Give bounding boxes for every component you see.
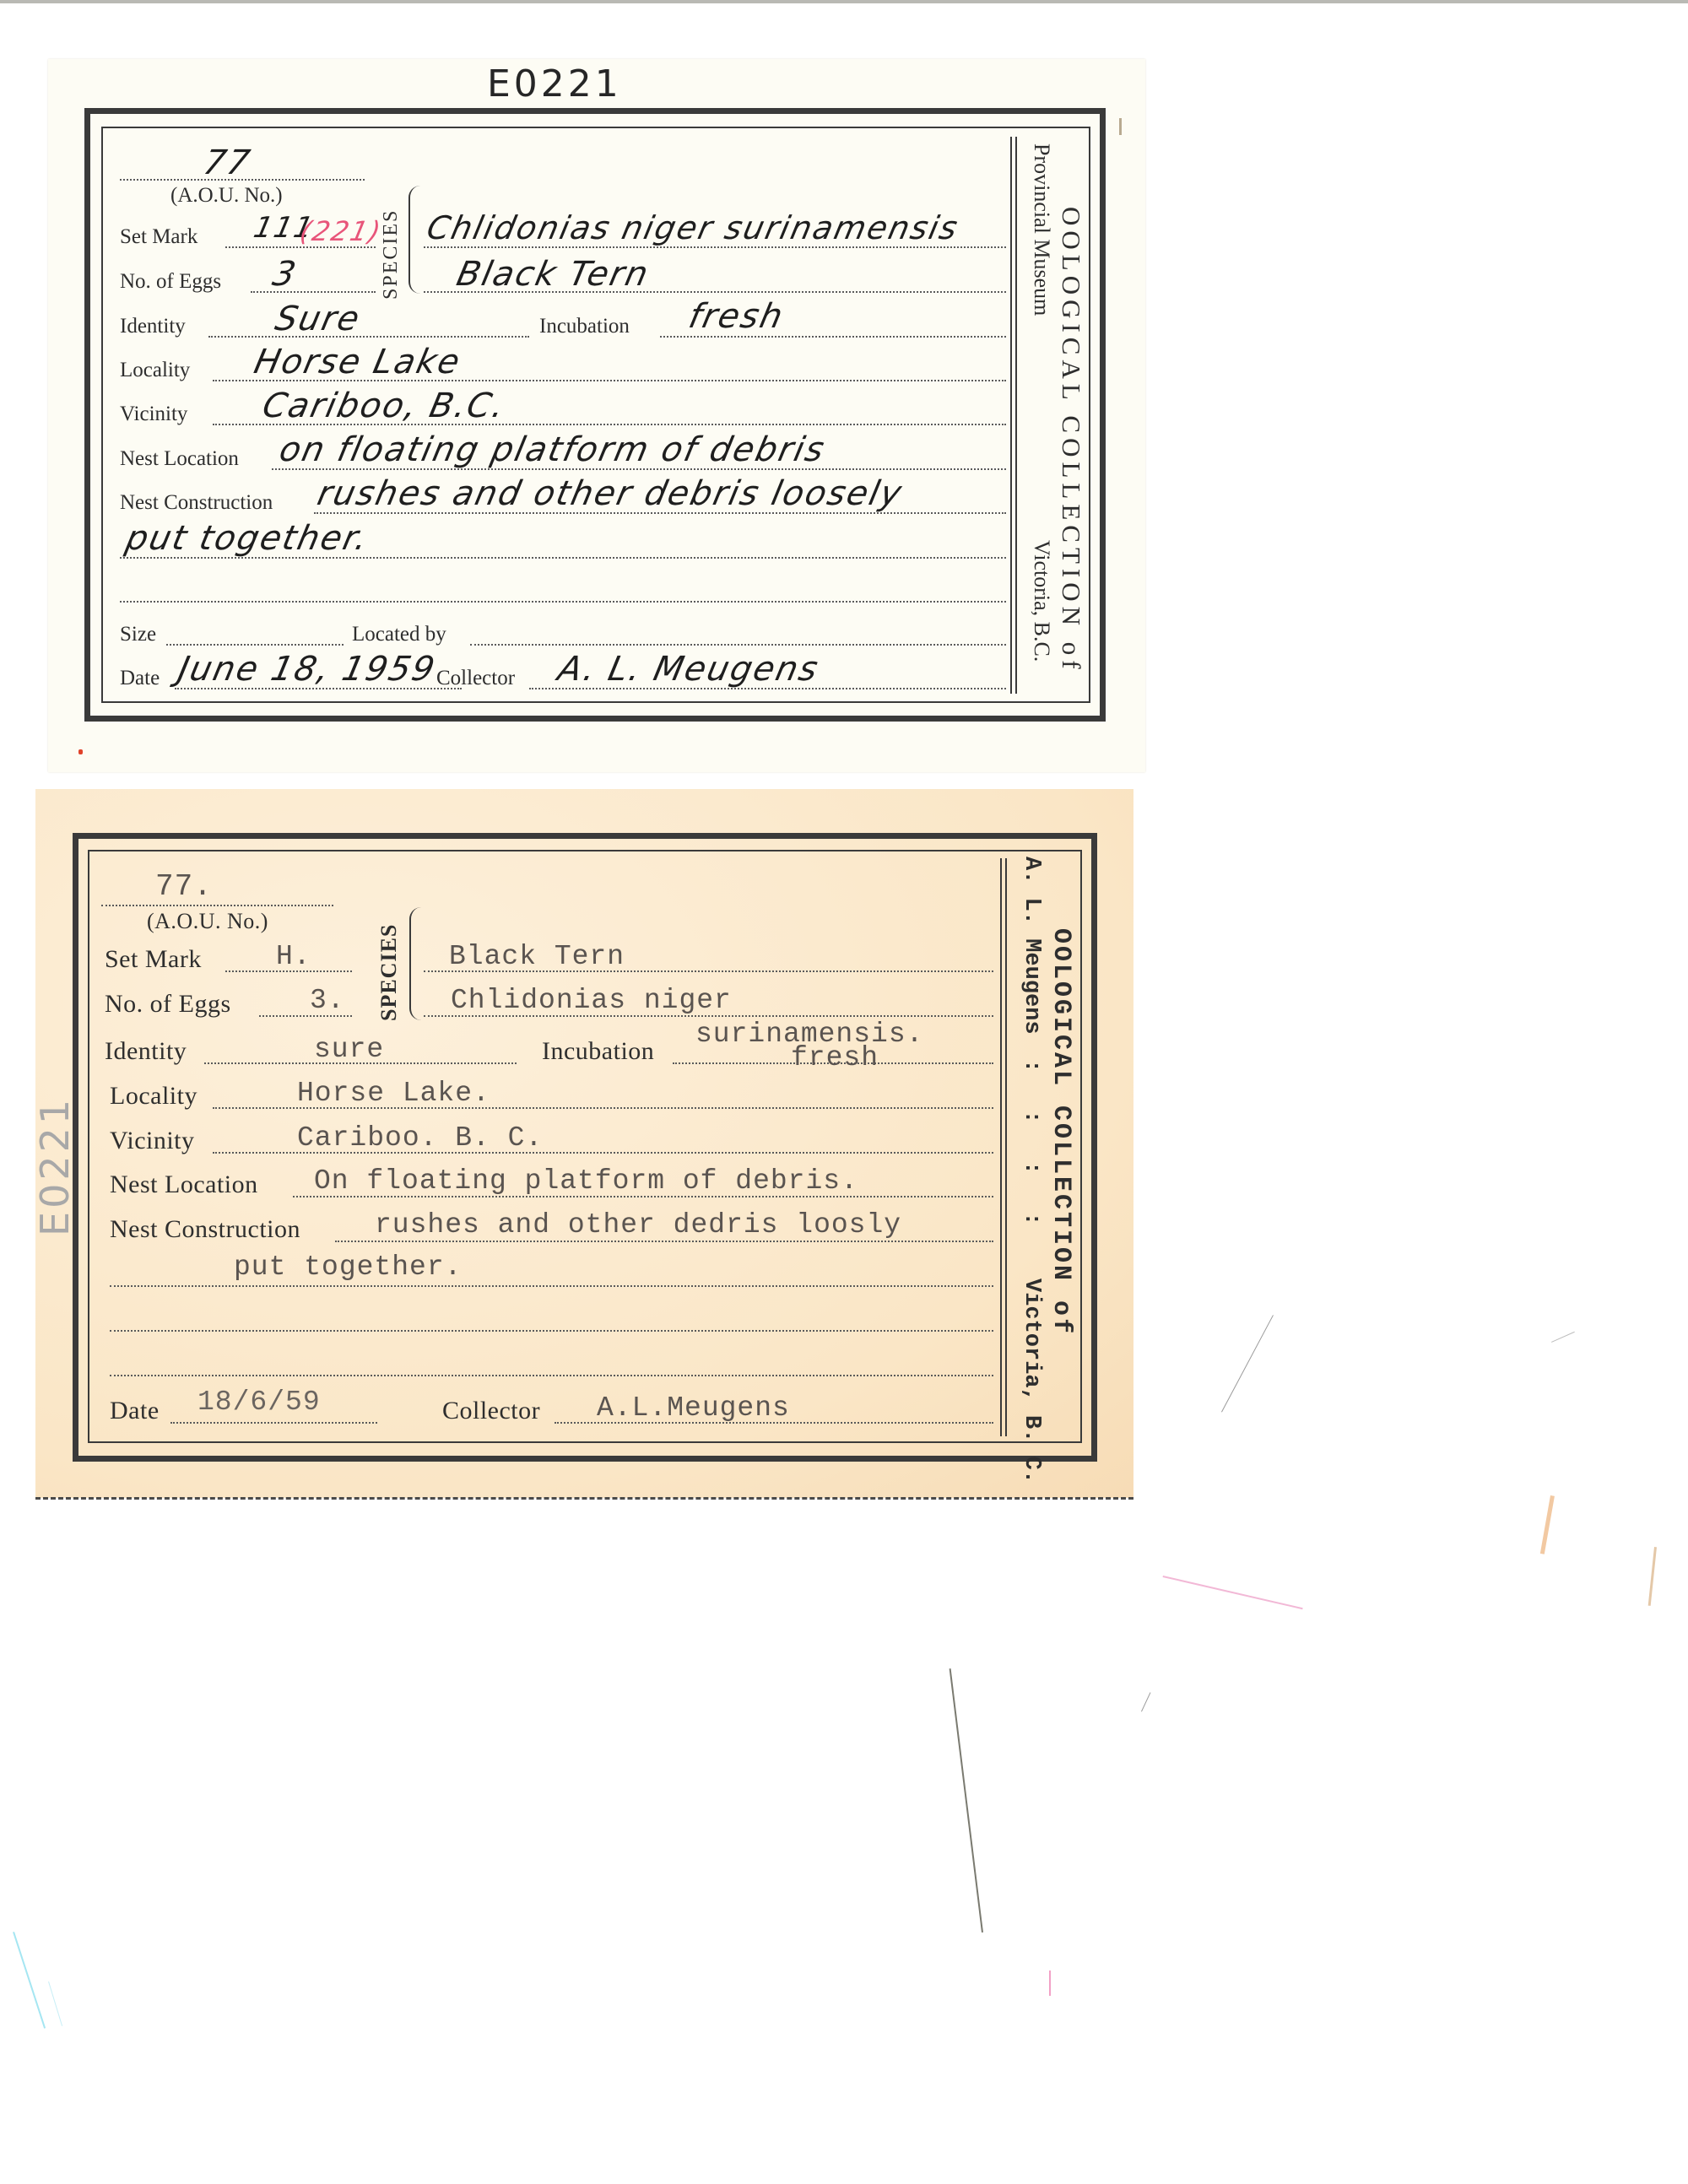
collection-location: Victoria, B. C. <box>1019 1279 1044 1484</box>
nest-location-value: On floating platform of debris. <box>314 1165 858 1197</box>
blank-line <box>120 601 1006 603</box>
collector-value: A. L. Meugens <box>555 650 823 689</box>
collection-separator: : : : : <box>1019 1059 1044 1237</box>
aou-label: (A.O.U. No.) <box>147 909 268 934</box>
locality-value: Horse Lake <box>251 343 465 381</box>
red-speck <box>78 749 83 754</box>
scan-streak <box>1141 1692 1150 1711</box>
collection-institution: Provincial Museum <box>1029 143 1054 316</box>
eggs-value: 3. <box>310 985 345 1016</box>
nest-location-label: Nest Location <box>120 447 239 471</box>
scan-streak <box>1551 1332 1575 1343</box>
set-mark-label: Set Mark <box>120 225 197 249</box>
species-line-1 <box>424 246 1006 248</box>
identity-value: Sure <box>272 300 365 338</box>
species-scientific-value: Chlidonias niger surinamensis <box>424 209 962 246</box>
date-value: June 18, 1959 <box>175 650 440 689</box>
species-common-value: Black Tern <box>453 255 653 294</box>
incubation-label: Incubation <box>539 315 630 338</box>
set-mark-value: H. <box>276 941 311 972</box>
scan-streak-pink <box>1049 1970 1051 1996</box>
blank-line-2 <box>110 1375 993 1376</box>
nest-construction-line <box>335 1241 993 1242</box>
identity-label: Identity <box>120 315 186 338</box>
scan-streak <box>1221 1315 1274 1412</box>
nest-construction-value-2: put together. <box>234 1251 462 1283</box>
scan-streak-pink <box>1163 1576 1303 1609</box>
blank-line-1 <box>110 1330 993 1332</box>
locality-value: Horse Lake. <box>297 1078 490 1109</box>
species-common-value: Black Tern <box>449 941 625 972</box>
located-by-label: Located by <box>352 623 446 646</box>
set-mark-label: Set Mark <box>105 945 202 974</box>
date-value: 18/6/59 <box>197 1387 321 1418</box>
vicinity-label: Vicinity <box>110 1127 195 1155</box>
nest-location-label: Nest Location <box>110 1170 258 1199</box>
nest-construction-value-1: rushes and other debris loosely <box>314 474 906 513</box>
collector-label: Collector <box>442 1397 540 1425</box>
size-line <box>166 644 344 646</box>
vicinity-label: Vicinity <box>120 403 187 426</box>
date-label: Date <box>110 1397 160 1425</box>
aou-number-value: 77. <box>155 869 213 904</box>
specimen-card-museum: E0221 77 (A.O.U. No.) Set Mark 111 (221)… <box>48 59 1145 772</box>
species-scientific-value-1: Chlidonias niger <box>451 985 732 1016</box>
aou-label: (A.O.U. No.) <box>170 184 283 208</box>
column-divider <box>1010 137 1017 694</box>
specimen-card-private: 77. (A.O.U. No.) Set Mark H. No. of Eggs… <box>35 789 1133 1498</box>
identity-line <box>208 336 529 338</box>
nest-construction-value-2: put together. <box>122 519 372 558</box>
locality-label: Locality <box>120 359 190 382</box>
incubation-label: Incubation <box>542 1037 654 1066</box>
column-divider <box>1000 858 1007 1436</box>
species-label: SPECIES <box>380 209 403 300</box>
side-catalog-number: E0221 <box>32 1096 78 1236</box>
eggs-label: No. of Eggs <box>120 270 221 294</box>
scan-streak-long <box>949 1668 983 1933</box>
scan-smudge <box>1648 1547 1657 1606</box>
scan-smudge-orange <box>1540 1495 1555 1554</box>
collection-owner: A. L. Meugens <box>1019 857 1044 1035</box>
incubation-value: fresh <box>685 297 787 336</box>
date-line <box>170 1422 377 1424</box>
set-mark-annotation: (221) <box>297 215 385 247</box>
identity-label: Identity <box>105 1037 187 1066</box>
identity-value: sure <box>314 1034 384 1065</box>
nest-construction-line-2 <box>110 1285 993 1287</box>
aou-number-value: 77 <box>200 143 255 182</box>
scan-speck <box>1119 118 1122 135</box>
nest-construction-value-1: rushes and other dedris loosly <box>375 1209 901 1241</box>
scan-streak-cyan <box>48 1981 62 2026</box>
collector-label: Collector <box>436 667 515 690</box>
nest-construction-label: Nest Construction <box>120 491 273 515</box>
collection-title: OOLOGICAL COLLECTION of <box>1056 207 1086 674</box>
locality-label: Locality <box>110 1082 197 1111</box>
species-label: SPECIES <box>376 924 402 1021</box>
vicinity-value: Cariboo. B. C. <box>297 1122 543 1154</box>
scan-edge-strip <box>0 0 1688 3</box>
located-by-line <box>470 644 1006 646</box>
aou-line <box>101 905 333 906</box>
eggs-label: No. of Eggs <box>105 990 231 1019</box>
scan-streak-cyan <box>13 1932 46 2029</box>
size-label: Size <box>120 623 156 646</box>
collection-title: OOLOGICAL COLLECTION of <box>1047 928 1075 1336</box>
collector-value: A.L.Meugens <box>597 1392 790 1424</box>
incubation-value: fresh <box>791 1042 879 1073</box>
species-brace <box>409 907 421 1020</box>
catalog-number: E0221 <box>487 62 622 105</box>
perforation-edge <box>35 1497 1133 1500</box>
nest-location-value: on floating platform of debris <box>276 430 829 469</box>
aou-line <box>120 179 365 181</box>
collection-location: Victoria, B.C. <box>1029 540 1054 662</box>
card-frame-inner <box>88 850 1082 1443</box>
nest-construction-label: Nest Construction <box>110 1215 300 1244</box>
species-brace <box>408 186 420 294</box>
incubation-line <box>660 336 1006 338</box>
vicinity-value: Cariboo, B.C. <box>259 387 509 425</box>
date-label: Date <box>120 667 160 690</box>
